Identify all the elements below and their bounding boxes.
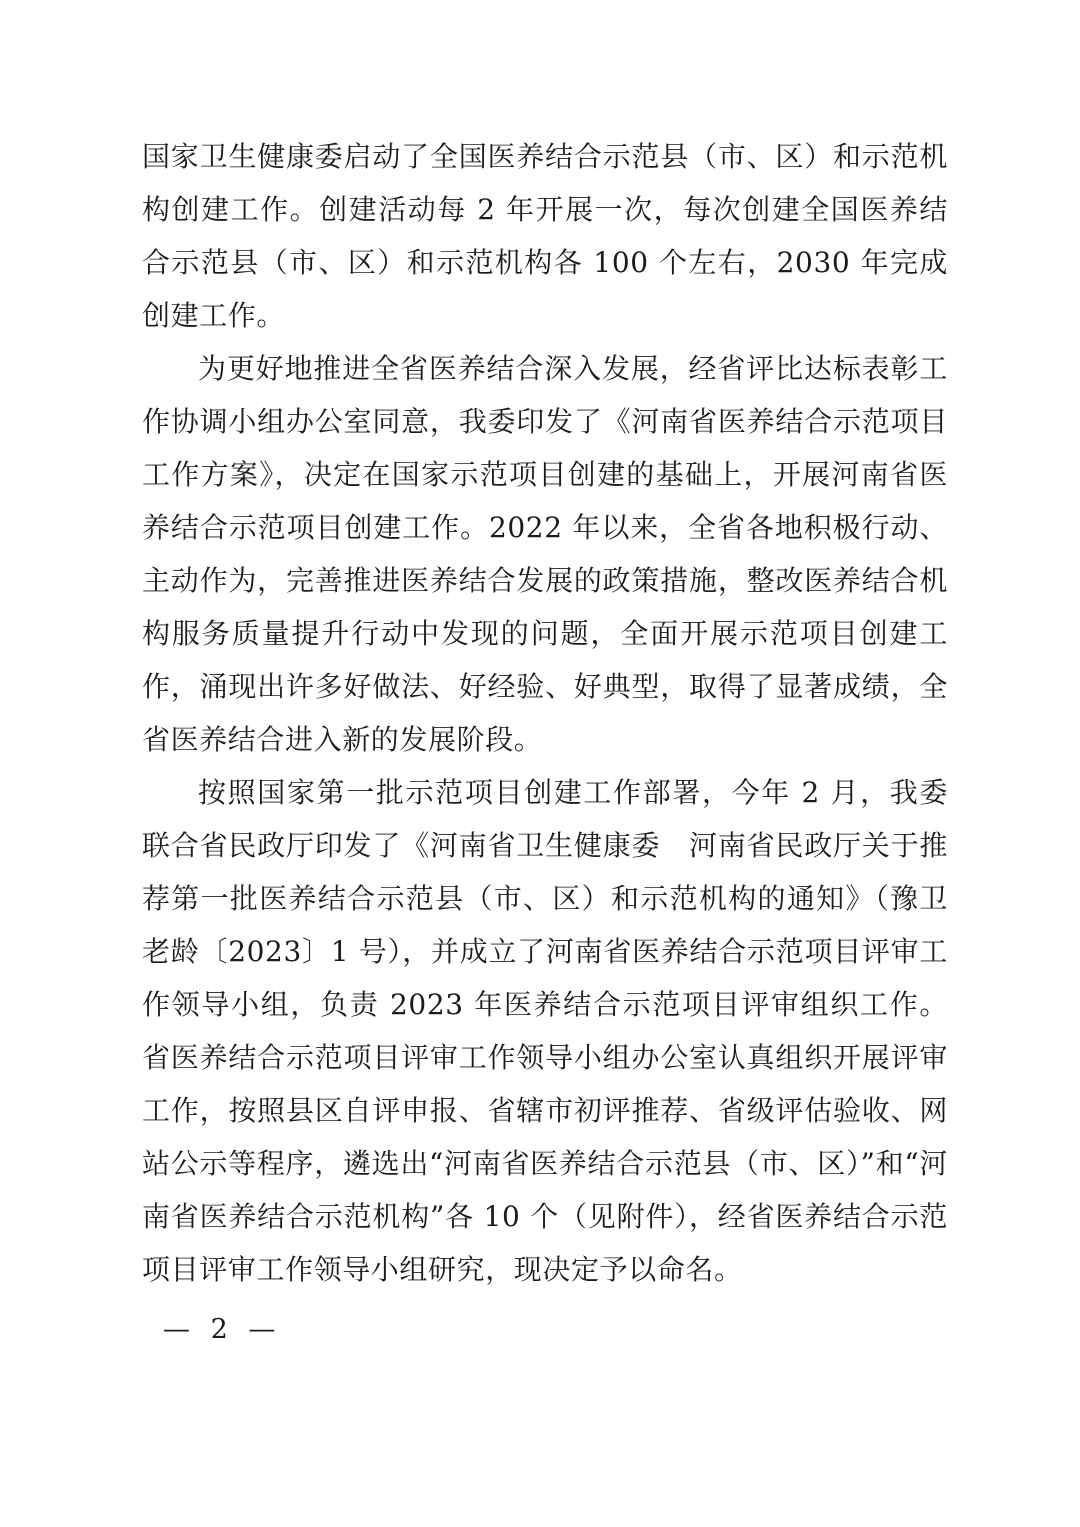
page-number: — 2 — — [163, 1310, 276, 1350]
document-body: 国家卫生健康委启动了全国医养结合示范县（市、区）和示范机构创建工作。创建活动每 … — [142, 130, 948, 1296]
paragraph-national-demonstration-program: 国家卫生健康委启动了全国医养结合示范县（市、区）和示范机构创建工作。创建活动每 … — [142, 130, 948, 342]
paragraph-selection-and-naming-decision: 按照国家第一批示范项目创建工作部署，今年 2 月，我委联合省民政厅印发了《河南省… — [142, 766, 948, 1296]
paragraph-provincial-demonstration-program: 为更好地推进全省医养结合深入发展，经省评比达标表彰工作协调小组办公室同意，我委印… — [142, 342, 948, 766]
document-page: 国家卫生健康委启动了全国医养结合示范县（市、区）和示范机构创建工作。创建活动每 … — [0, 0, 1080, 1527]
